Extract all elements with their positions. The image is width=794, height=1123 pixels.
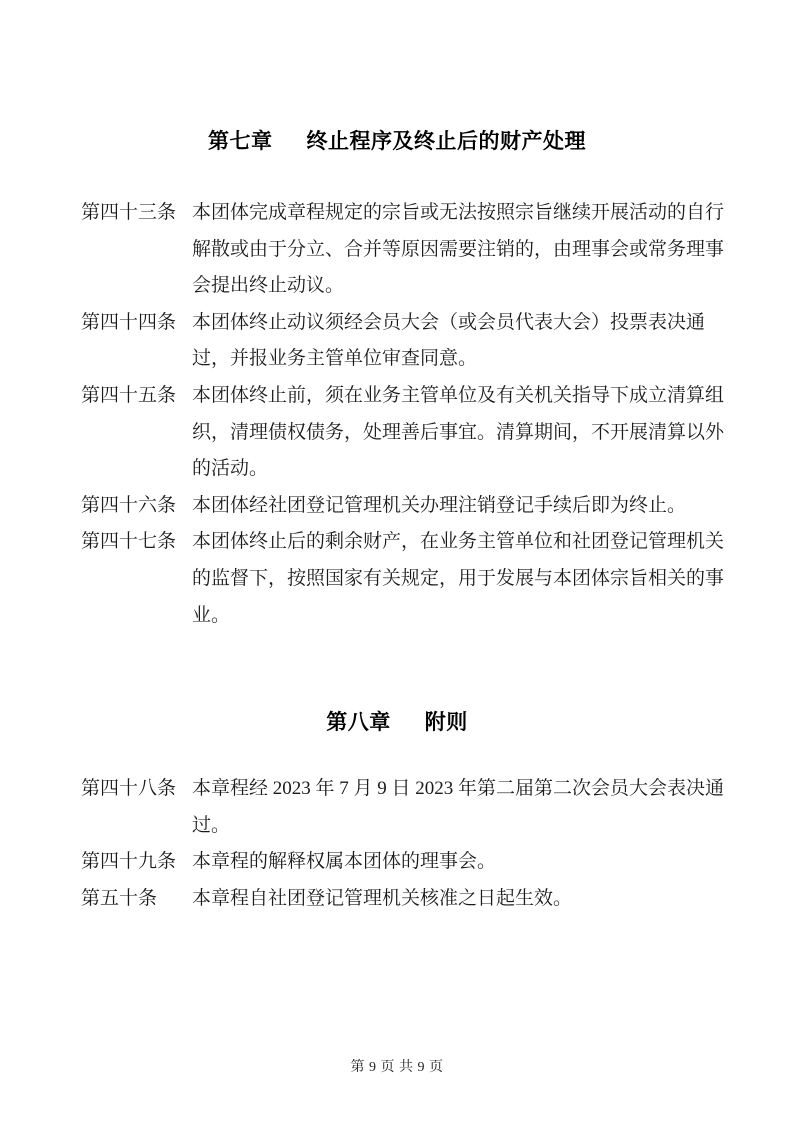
- article-49-number: 第四十九条: [81, 844, 192, 881]
- chapter-7-heading: 第七章终止程序及终止后的财产处理: [0, 0, 794, 160]
- text-line: 本章程的解释权属本团体的理事会。: [192, 844, 738, 881]
- text-line: 业。: [192, 598, 738, 635]
- article-49-text: 本章程的解释权属本团体的理事会。: [192, 844, 738, 881]
- text-line: 本章程自社团登记管理机关核准之日起生效。: [192, 881, 738, 918]
- text-line: 本团体终止动议须经会员大会（或会员代表大会）投票表决通: [192, 305, 738, 342]
- article-44-row: 第四十四条 本团体终止动议须经会员大会（或会员代表大会）投票表决通过，并报业务主…: [81, 305, 738, 378]
- article-43-row: 第四十三条 本团体完成章程规定的宗旨或无法按照宗旨继续开展活动的自行解散或由于分…: [81, 195, 738, 305]
- text-line: 本团体终止前，须在业务主管单位及有关机关指导下成立清算组: [192, 378, 738, 415]
- article-48-number: 第四十八条: [81, 771, 192, 808]
- chapter-7-number: 第七章: [208, 129, 273, 153]
- page-footer: 第 9 页 共 9 页: [0, 1058, 794, 1078]
- chapter-8-heading: 第八章附则: [0, 704, 794, 741]
- document-page: 第七章终止程序及终止后的财产处理 第四十三条 本团体完成章程规定的宗旨或无法按照…: [0, 0, 794, 1123]
- chapter-7-title: 终止程序及终止后的财产处理: [307, 129, 587, 153]
- article-47-row: 第四十七条 本团体终止后的剩余财产，在业务主管单位和社团登记管理机关的监督下，按…: [81, 524, 738, 634]
- article-46-number: 第四十六条: [81, 488, 192, 525]
- text-line: 的监督下，按照国家有关规定，用于发展与本团体宗旨相关的事: [192, 561, 738, 598]
- article-50-number: 第五十条: [81, 881, 192, 918]
- chapter-8-number: 第八章: [326, 710, 391, 734]
- chapter-8-articles: 第四十八条 本章程经 2023 年 7 月 9 日 2023 年第二届第二次会员…: [0, 771, 794, 917]
- article-50-text: 本章程自社团登记管理机关核准之日起生效。: [192, 881, 738, 918]
- article-44-text: 本团体终止动议须经会员大会（或会员代表大会）投票表决通过，并报业务主管单位审查同…: [192, 305, 738, 378]
- article-46-text: 本团体经社团登记管理机关办理注销登记手续后即为终止。: [192, 488, 738, 525]
- text-line: 过，并报业务主管单位审查同意。: [192, 341, 738, 378]
- text-line: 解散或由于分立、合并等原因需要注销的，由理事会或常务理事: [192, 232, 738, 269]
- chapter-7-articles: 第四十三条 本团体完成章程规定的宗旨或无法按照宗旨继续开展活动的自行解散或由于分…: [0, 195, 794, 634]
- text-line: 本团体完成章程规定的宗旨或无法按照宗旨继续开展活动的自行: [192, 195, 738, 232]
- article-46-row: 第四十六条 本团体经社团登记管理机关办理注销登记手续后即为终止。: [81, 488, 738, 525]
- chapter-8-title: 附则: [425, 710, 468, 734]
- article-43-number: 第四十三条: [81, 195, 192, 232]
- text-line: 织，清理债权债务，处理善后事宜。清算期间，不开展清算以外: [192, 415, 738, 452]
- article-48-row: 第四十八条 本章程经 2023 年 7 月 9 日 2023 年第二届第二次会员…: [81, 771, 738, 844]
- text-line: 本团体终止后的剩余财产，在业务主管单位和社团登记管理机关: [192, 524, 738, 561]
- text-line: 本团体经社团登记管理机关办理注销登记手续后即为终止。: [192, 488, 738, 525]
- article-43-text: 本团体完成章程规定的宗旨或无法按照宗旨继续开展活动的自行解散或由于分立、合并等原…: [192, 195, 738, 305]
- article-49-row: 第四十九条 本章程的解释权属本团体的理事会。: [81, 844, 738, 881]
- article-48-text: 本章程经 2023 年 7 月 9 日 2023 年第二届第二次会员大会表决通过…: [192, 771, 738, 844]
- text-line: 会提出终止动议。: [192, 268, 738, 305]
- article-45-text: 本团体终止前，须在业务主管单位及有关机关指导下成立清算组织，清理债权债务，处理善…: [192, 378, 738, 488]
- text-line: 的活动。: [192, 451, 738, 488]
- article-50-row: 第五十条 本章程自社团登记管理机关核准之日起生效。: [81, 881, 738, 918]
- text-line: 过。: [192, 808, 738, 845]
- text-line: 本章程经 2023 年 7 月 9 日 2023 年第二届第二次会员大会表决通: [192, 771, 738, 808]
- article-47-number: 第四十七条: [81, 524, 192, 561]
- article-44-number: 第四十四条: [81, 305, 192, 342]
- article-45-row: 第四十五条 本团体终止前，须在业务主管单位及有关机关指导下成立清算组织，清理债权…: [81, 378, 738, 488]
- article-45-number: 第四十五条: [81, 378, 192, 415]
- article-47-text: 本团体终止后的剩余财产，在业务主管单位和社团登记管理机关的监督下，按照国家有关规…: [192, 524, 738, 634]
